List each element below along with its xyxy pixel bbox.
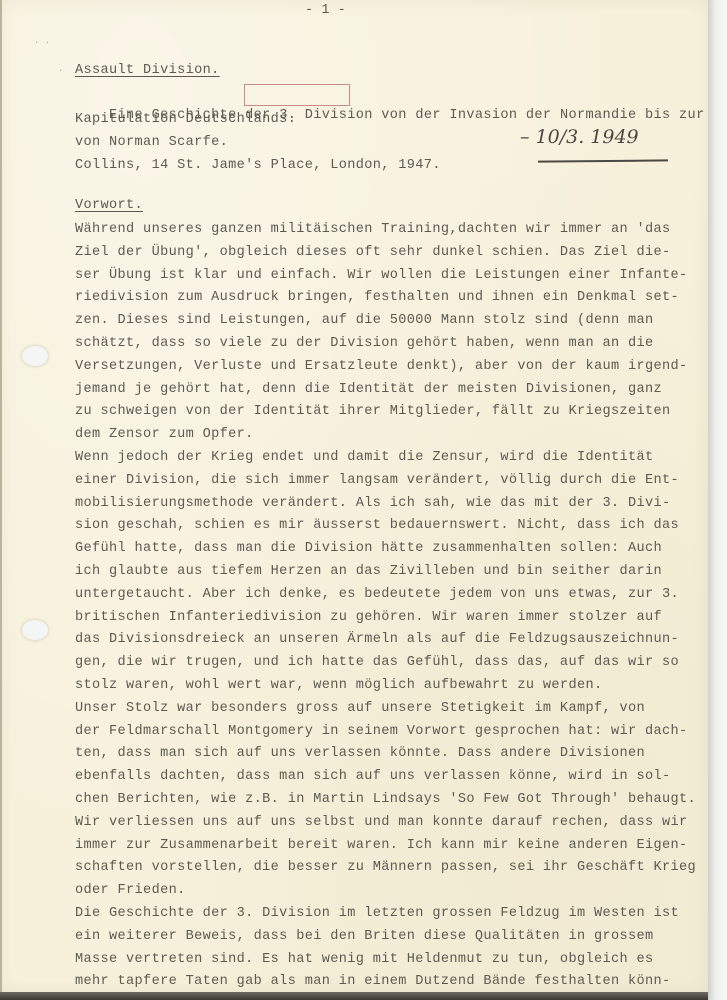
body-line: stolz waren, wohl wert war, wenn möglich…	[75, 676, 602, 695]
body-line: Wir verliessen uns auf uns selbst und ma…	[75, 813, 688, 832]
scanner-bottom-edge	[0, 992, 708, 1000]
body-line: ein weiterer Beweis, dass bei den Briten…	[75, 927, 654, 946]
scanner-right-edge	[708, 0, 727, 1000]
body-line: Unser Stolz war besonders gross auf unse…	[75, 699, 645, 718]
document-author: von Norman Scarfe.	[75, 133, 228, 152]
body-line: Ziel der Übung', obgleich dieses oft seh…	[75, 243, 671, 262]
handwritten-date: – 10/3. 1949	[520, 126, 639, 148]
document-subtitle-line2: Kapitulation Deutschlands.	[75, 110, 296, 129]
body-line: sion geschah, schien es mir äusserst bed…	[75, 516, 679, 535]
document-title: Assault Division.	[75, 61, 220, 80]
body-line: riedivision zum Ausdruck bringen, festha…	[75, 288, 679, 307]
body-line: Wenn jedoch der Krieg endet und damit di…	[75, 448, 654, 467]
body-line: einer Division, die sich immer langsam v…	[75, 471, 679, 490]
page-number: - 1 -	[305, 3, 346, 18]
body-line: das Divisionsdreieck an unseren Ärmeln a…	[75, 630, 679, 649]
body-line: chen Berichten, wie z.B. in Martin Linds…	[75, 790, 696, 809]
subtitle-text-after: von der Invasion der Normandie bis zur	[373, 108, 705, 123]
section-heading: Vorwort.	[75, 196, 143, 215]
body-line: gen, die wir trugen, und ich hatte das G…	[75, 653, 679, 672]
page-left-edge	[0, 0, 2, 992]
punch-hole-bottom	[22, 620, 48, 640]
paper-speck: ·	[58, 66, 63, 76]
body-line: ser Übung ist klar und einfach. Wir woll…	[75, 266, 688, 285]
body-line: oder Frieden.	[75, 881, 186, 900]
annotation-box	[244, 84, 350, 106]
paper-speck: · ·	[34, 38, 50, 48]
body-line: Gefühl hatte, dass man die Division hätt…	[75, 539, 662, 558]
document-publisher: Collins, 14 St. Jame's Place, London, 19…	[75, 156, 441, 175]
document-page: · · · - 1 - Assault Division. Eine Gesch…	[0, 0, 708, 992]
body-line: untergetaucht. Aber ich denke, es bedeut…	[75, 585, 679, 604]
body-line: schätzt, dass so viele zu der Division g…	[75, 334, 654, 353]
body-line: der Feldmarschall Montgomery in seinem V…	[75, 722, 688, 741]
body-line: Versetzungen, Verluste und Ersatzleute d…	[75, 357, 688, 376]
body-line: zen. Dieses sind Leistungen, auf die 500…	[75, 311, 654, 330]
body-line: schaften vorstellen, die besser zu Männe…	[75, 858, 696, 877]
body-line: dem Zensor zum Opfer.	[75, 425, 254, 444]
body-line: ten, dass man sich auf uns verlassen kön…	[75, 744, 645, 763]
punch-hole-top	[22, 346, 48, 366]
body-line: Während unseres ganzen militäischen Trai…	[75, 220, 671, 239]
body-line: jemand je gehört hat, denn die Identität…	[75, 380, 662, 399]
handwritten-underline	[538, 159, 668, 162]
body-line: mehr tapfere Taten gab als man in einem …	[75, 972, 671, 991]
body-line: Masse vertreten sind. Es hat wenig mit H…	[75, 950, 654, 969]
body-line: mobilisierungsmethode verändert. Als ich…	[75, 494, 671, 513]
body-line: Die Geschichte der 3. Division im letzte…	[75, 904, 679, 923]
body-line: ebenfalls dachten, dass man sich auf uns…	[75, 767, 671, 786]
body-line: zu schweigen von der Identität ihrer Mit…	[75, 402, 671, 421]
body-line: immer zur Zusammenarbeit bereit waren. I…	[75, 836, 688, 855]
body-line: ich glaubte aus tiefem Herzen an das Ziv…	[75, 562, 662, 581]
body-line: britischen Infanteriedivision zu gehören…	[75, 608, 662, 627]
